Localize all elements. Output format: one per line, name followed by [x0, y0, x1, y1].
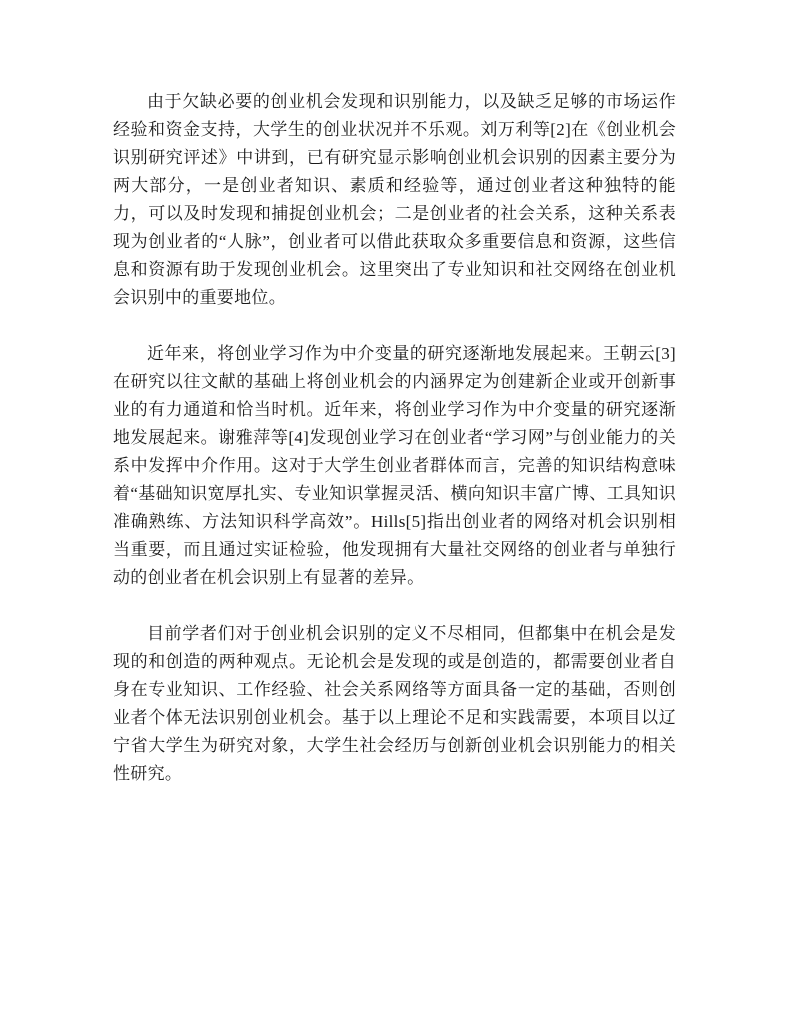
paragraph-2: 近年来，将创业学习作为中介变量的研究逐渐地发展起来。王朝云[3]在研究以往文献的…: [113, 340, 676, 592]
paragraph-3: 目前学者们对于创业机会识别的定义不尽相同，但都集中在机会是发现的和创造的两种观点…: [113, 620, 676, 788]
paragraph-1: 由于欠缺必要的创业机会发现和识别能力，以及缺乏足够的市场运作经验和资金支持，大学…: [113, 88, 676, 312]
document-body: 由于欠缺必要的创业机会发现和识别能力，以及缺乏足够的市场运作经验和资金支持，大学…: [113, 88, 676, 788]
document-page: 由于欠缺必要的创业机会发现和识别能力，以及缺乏足够的市场运作经验和资金支持，大学…: [0, 0, 792, 1025]
